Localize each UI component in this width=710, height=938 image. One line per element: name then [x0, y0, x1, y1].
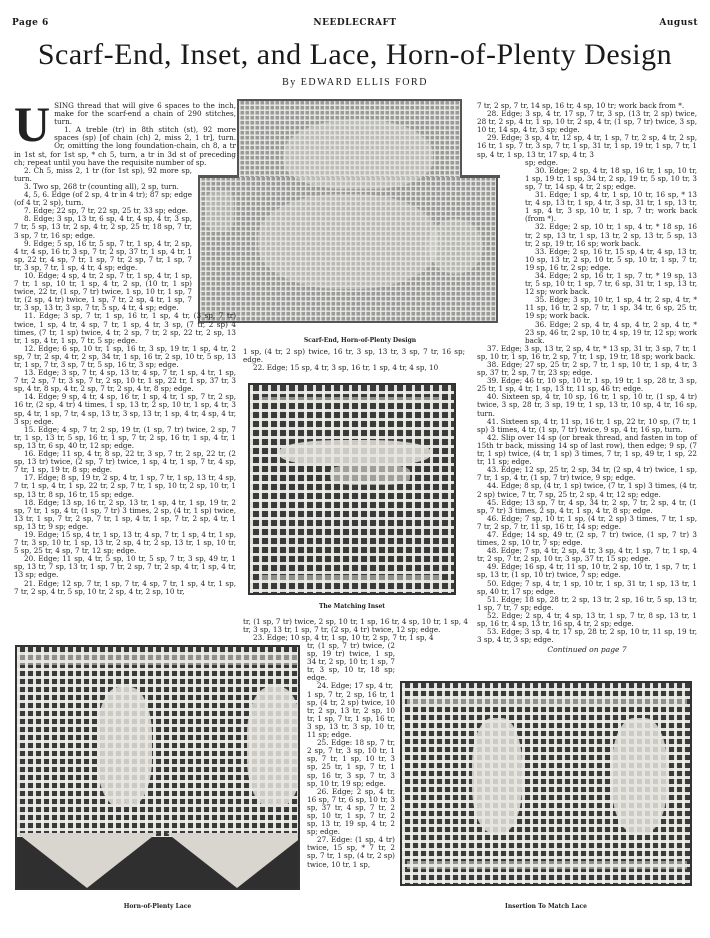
row-43: 43. Edge; 12 sp, 25 tr, 2 sp, 34 tr, (2 … — [477, 466, 697, 482]
row-52: 52. Edge; 2 sp, 4 tr, 4 sp, 13 tr, 1 sp,… — [477, 612, 697, 628]
row-45: 45. Edge; 13 sp, 7 tr, 4 sp, 34 tr, 2 sp… — [477, 499, 697, 515]
row-40: 40. Sixteen sp, 4 tr, 10 sp, 16 tr, 1 sp… — [477, 393, 697, 417]
row-38: 38. Edge; 27 sp, 25 tr, 2 sp, 7 tr, 1 sp… — [477, 361, 697, 377]
inset-caption: The Matching Inset — [248, 603, 456, 610]
row-31: 31. Edge; 1 sp, 4 tr, 1 sp, 10 tr, 16 sp… — [525, 191, 697, 223]
inset-figure — [248, 383, 456, 595]
row-27: 27. Edge: (1 sp, 4 tr) twice, 15 sp, * 7… — [307, 836, 395, 868]
instructions-middle-top: 1 sp, (4 tr, 2 sp) twice, 16 tr, 3 sp, 1… — [243, 348, 465, 372]
row-22: 22. Edge; 15 sp, 4 tr, 3 sp, 16 tr, 1 sp… — [243, 364, 465, 372]
row-10: 10. Edge; 4 sp, 4 tr, 2 sp, 7 tr, 1 sp, … — [14, 272, 192, 312]
row-50: 50. Edge; 7 sp, 4 tr, 1 sp, 10 tr, 1 sp,… — [477, 580, 697, 596]
row-34: 34. Edge; 2 sp, 16 tr, 1 sp, 7 tr, * 19 … — [525, 272, 697, 296]
row-25: 25. Edge: 18 sp, 7 tr, 2 sp, 7 tr, 3 sp,… — [307, 739, 395, 788]
instructions-column-left: U SING thread that will give 6 spaces to… — [14, 102, 236, 596]
row-51: 51. Edge; 18 sp, 28 tr, 2 sp, 13 tr, 2 s… — [477, 596, 697, 612]
row-2: 2. Ch 5, miss 2, 1 tr (for 1st sp), 92 m… — [14, 167, 192, 183]
byline: By EDWARD ELLIS FORD — [0, 77, 710, 88]
row-46: 46. Edge; 7 sp, 10 tr, 1 sp, (4 tr, 2 sp… — [477, 515, 697, 531]
row-37: 37. Edge; 3 sp, 13 tr, 2 sp, 4 tr, * 13 … — [477, 345, 697, 361]
row-44: 44. Edge; 8 sp, (4 tr, 1 sp) twice, (7 t… — [477, 482, 697, 498]
row-49: 49. Edge; 16 sp, 4 tr, 11 sp, 10 tr, 2 s… — [477, 563, 697, 579]
insertion-figure — [400, 681, 692, 886]
row-20: 20. Edge; 11 sp, 4 tr, 5 sp, 10 tr, 5 sp… — [14, 555, 236, 579]
row-47: 47. Edge; 14 sp, 49 tr, (2 sp, 7 tr) twi… — [477, 531, 697, 547]
scarf-end-caption: Scarf-End, Horn-of-Plenty Design — [240, 337, 480, 344]
row-42: 42. Slip over 14 sp (or break thread, an… — [477, 434, 697, 466]
row-11: 11. Edge; 3 sp, 7 tr, 1 sp, 16 tr, 1 sp,… — [14, 312, 236, 344]
continued-note: Continued on page 7 — [477, 646, 697, 654]
row-23-cont: tr, (1 sp, 7 tr) twice, (2 sp, 19 tr) tw… — [307, 642, 395, 682]
insertion-caption: Insertion To Match Lace — [400, 903, 692, 910]
lace-figure — [15, 645, 300, 890]
issue-month: August — [659, 18, 698, 28]
instructions-middle-narrow: tr, (1 sp, 7 tr) twice, (2 sp, 19 tr) tw… — [307, 642, 395, 869]
row-9: 9. Edge; 5 sp, 16 tr, 5 sp, 7 tr, 1 sp, … — [14, 240, 192, 272]
row-15: 15. Edge; 4 sp, 7 tr, 2 sp, 19 tr, (1 sp… — [14, 426, 236, 450]
row-30: 30. Edge; 2 sp, 4 tr, 18 sp, 16 tr, 1 sp… — [525, 167, 697, 191]
row-26: 26. Edge; 2 sp, 4 tr, 16 sp, 7 tr, 6 sp,… — [307, 788, 395, 837]
row-41: 41. Sixteen sp, 4 tr, 11 sp, 16 tr, 1 sp… — [477, 418, 697, 434]
row-35: 35. Edge; 3 sp, 10 tr, 1 sp, 4 tr, 2 sp,… — [525, 296, 697, 320]
page-number: Page 6 — [12, 18, 49, 28]
article-title: Scarf-End, Inset, and Lace, Horn-of-Plen… — [0, 38, 710, 72]
row-4-6: 4, 5, 6. Edge (of 2 sp, 4 tr in 4 tr); 8… — [14, 191, 192, 207]
row-13: 13. Edge; 3 sp, 7 tr, 4 sp, 13 tr, 4 sp,… — [14, 369, 236, 393]
scarf-end-figure — [198, 99, 468, 331]
lace-caption: Horn-of-Plenty Lace — [15, 903, 300, 910]
row-48: 48. Edge; 7 sp, 4 tr, 2 sp, 4 tr, 3 sp, … — [477, 547, 697, 563]
row-8: 8. Edge; 3 sp, 13 tr, 6 sp, 4 tr, 4 sp, … — [14, 215, 192, 239]
magazine-name: NEEDLECRAFT — [300, 18, 410, 28]
row-29: 29. Edge; 3 sp, 4 tr, 12 sp, 4 tr, 1 sp,… — [477, 134, 697, 158]
row-53: 53. Edge; 3 sp, 4 tr, 17 sp, 28 tr, 2 sp… — [477, 628, 697, 644]
drop-cap: U — [14, 104, 50, 144]
row-21: 21. Edge; 12 sp, 7 tr, 1 sp, 7 tr, 4 sp,… — [14, 580, 236, 596]
row-22-cont: tr, (1 sp, 7 tr) twice, 2 sp, 10 tr, 1 s… — [243, 618, 468, 634]
row-12: 12. Edge; 6 sp, 10 tr, 1 sp, 16 tr, 3 sp… — [14, 345, 236, 369]
row-17: 17. Edge; 8 sp, 19 tr, 2 sp, 4 tr, 1 sp,… — [14, 474, 236, 498]
row-24-cont: 1 sp, 7 tr, 2 sp, 16 tr, 1 sp, (4 tr, 2 … — [307, 691, 395, 740]
row-32: 32. Edge; 2 sp, 10 tr, 1 sp, 4 tr, * 18 … — [525, 223, 697, 247]
row-18: 18. Edge; 13 sp, 16 tr, 2 sp, 13 tr, 1 s… — [14, 499, 236, 531]
row-39: 39. Edge; 46 tr, 10 sp, 10 tr, 1 sp, 19 … — [477, 377, 697, 393]
instructions-column-right: 7 tr, 2 sp, 7 tr, 14 sp, 16 tr, 4 sp, 10… — [477, 102, 697, 654]
row-16: 16. Edge; 11 sp, 4 tr, 8 sp, 22 tr, 3 sp… — [14, 450, 236, 474]
instructions-middle-lower: tr, (1 sp, 7 tr) twice, 2 sp, 10 tr, 1 s… — [243, 618, 468, 642]
row-28: 28. Edge; 3 sp, 4 tr, 17 sp, 7 tr, 3 sp,… — [477, 110, 697, 134]
row-14: 14. Edge; 9 sp, 4 tr, 4 sp, 16 tr, 1 sp,… — [14, 393, 236, 425]
row-33: 33. Edge; 2 sp, 16 tr, 15 sp, 4 tr, 4 sp… — [525, 248, 697, 272]
row-19: 19. Edge; 15 sp, 4 tr, 1 sp, 13 tr, 4 sp… — [14, 531, 236, 555]
row-21-cont: 1 sp, (4 tr, 2 sp) twice, 16 tr, 3 sp, 1… — [243, 348, 465, 364]
row-36: 36. Edge; 2 sp, 4 tr, 4 sp, 4 tr, 2 sp, … — [525, 321, 697, 345]
